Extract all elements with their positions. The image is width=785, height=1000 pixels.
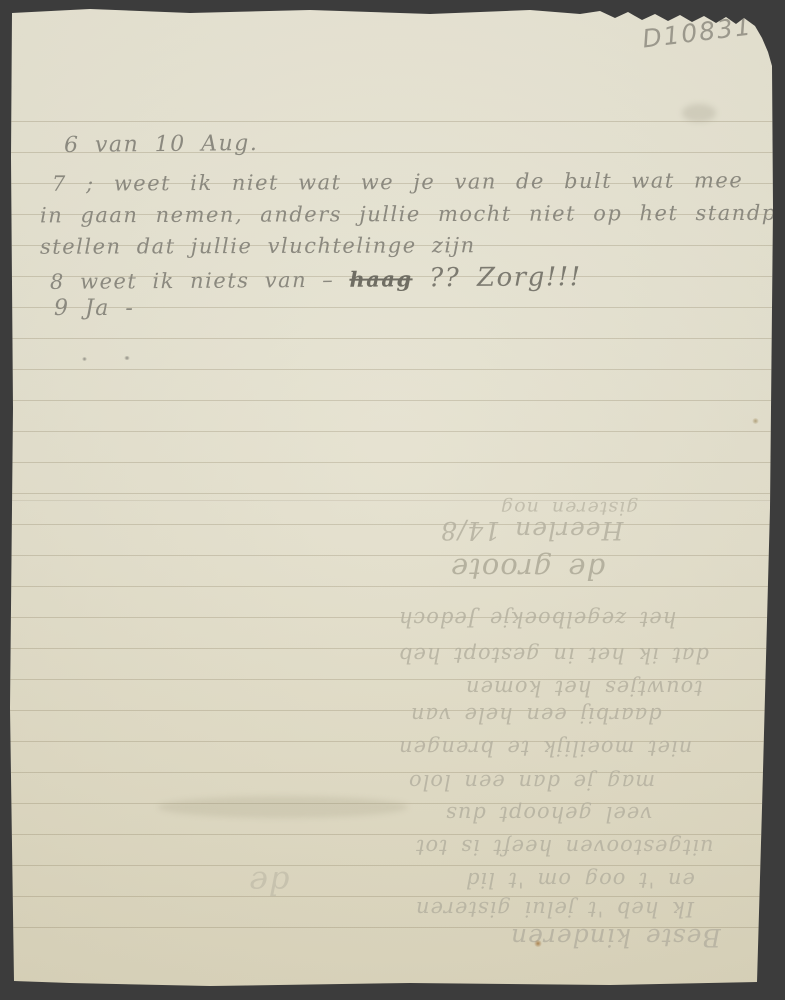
reverse-bleed-line: Ik heb 't jelui gisteren xyxy=(415,897,694,921)
handwritten-line: stellen dat jullie vluchtelinge zijn xyxy=(40,233,476,259)
scan-background: D10831 6 van 10 Aug. 7 ; weet ik niet wa… xyxy=(0,0,785,1000)
reverse-bleed-line: niet moeilijk te brengen xyxy=(398,736,692,760)
fold-crease xyxy=(10,500,773,502)
reverse-bleed-line: mag je dan een lolo xyxy=(408,770,655,794)
handwritten-line: 8 weet ik niets van – haag ?? Zorg!!! xyxy=(50,262,582,296)
reverse-bleed-line: en 't oog om 't lid xyxy=(465,868,695,892)
reverse-bleed-line: daarbij een hele van xyxy=(410,703,662,727)
reverse-bleed-mark: de xyxy=(248,864,289,902)
handwritten-line: 9 Ja - xyxy=(54,296,134,321)
handwritten-line: in gaan nemen, anders jullie mocht niet … xyxy=(40,201,785,228)
reverse-bleed-line: dat ik het in gestopt heb xyxy=(398,643,709,667)
reverse-bleed-line: uitgestooven heeft is tot xyxy=(415,835,714,859)
emphasized-text: ?? Zorg!!! xyxy=(412,262,581,293)
letter-page: D10831 6 van 10 Aug. 7 ; weet ik niet wa… xyxy=(10,8,773,986)
handwritten-line: 7 ; weet ik niet wat we je van de bult w… xyxy=(52,168,743,196)
reverse-bleed-line: veel gehoopt dus xyxy=(445,802,652,826)
reverse-bleed-line: Beste kinderen xyxy=(510,923,721,952)
reverse-bleed-line: de groote xyxy=(450,552,605,586)
line-prefix: 8 weet ik niets van – xyxy=(50,268,350,294)
strikethrough-word: haag xyxy=(349,266,412,291)
reverse-bleed-line: touwtjes het komen xyxy=(465,676,703,700)
handwritten-line: 6 van 10 Aug. xyxy=(64,131,259,158)
reverse-bleed-line: het zegelboekje Jedoch xyxy=(398,607,676,631)
reverse-bleed-line: Heerlen 14/8 xyxy=(440,516,623,545)
